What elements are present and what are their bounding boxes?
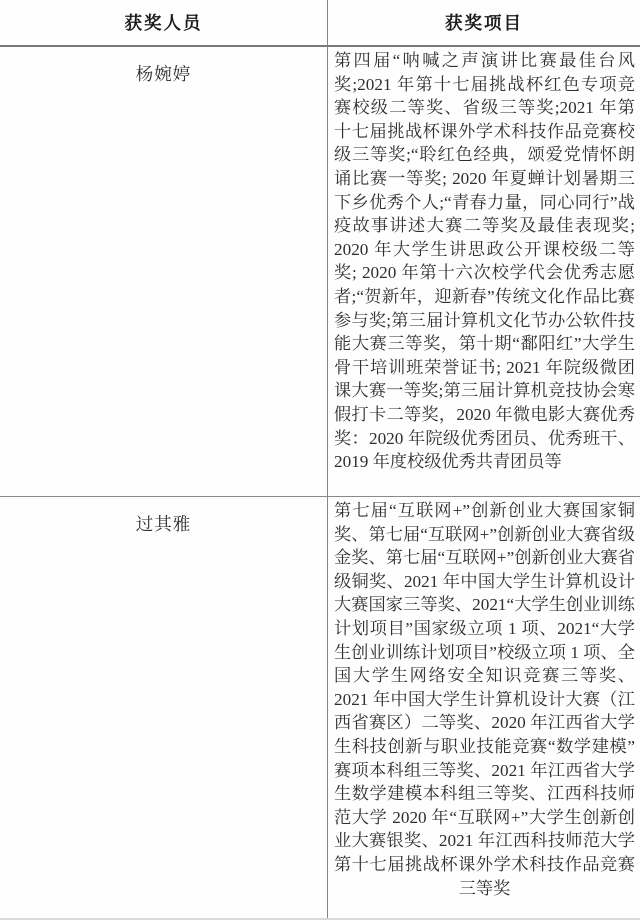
header-award-projects: 获奖项目 bbox=[327, 0, 640, 45]
award-table-page: 获奖人员 获奖项目 杨婉婷 第四届“呐喊之声演讲比赛最佳台风奖;2021 年第十… bbox=[0, 0, 640, 920]
recipient-name: 过其雅 bbox=[0, 497, 327, 918]
table-header-row: 获奖人员 获奖项目 bbox=[0, 0, 640, 47]
table-row: 过其雅 第七届“互联网+”创新创业大赛国家铜奖、第七届“互联网+”创新创业大赛省… bbox=[0, 497, 640, 920]
awards-text: 第四届“呐喊之声演讲比赛最佳台风奖;2021 年第十七届挑战杯红色专项竞赛校级二… bbox=[327, 47, 640, 496]
header-award-recipients: 获奖人员 bbox=[0, 0, 327, 45]
recipient-name: 杨婉婷 bbox=[0, 47, 327, 496]
awards-table: 获奖人员 获奖项目 杨婉婷 第四届“呐喊之声演讲比赛最佳台风奖;2021 年第十… bbox=[0, 0, 640, 920]
table-row: 杨婉婷 第四届“呐喊之声演讲比赛最佳台风奖;2021 年第十七届挑战杯红色专项竞… bbox=[0, 47, 640, 497]
awards-text: 第七届“互联网+”创新创业大赛国家铜奖、第七届“互联网+”创新创业大赛省级金奖、… bbox=[327, 497, 640, 918]
